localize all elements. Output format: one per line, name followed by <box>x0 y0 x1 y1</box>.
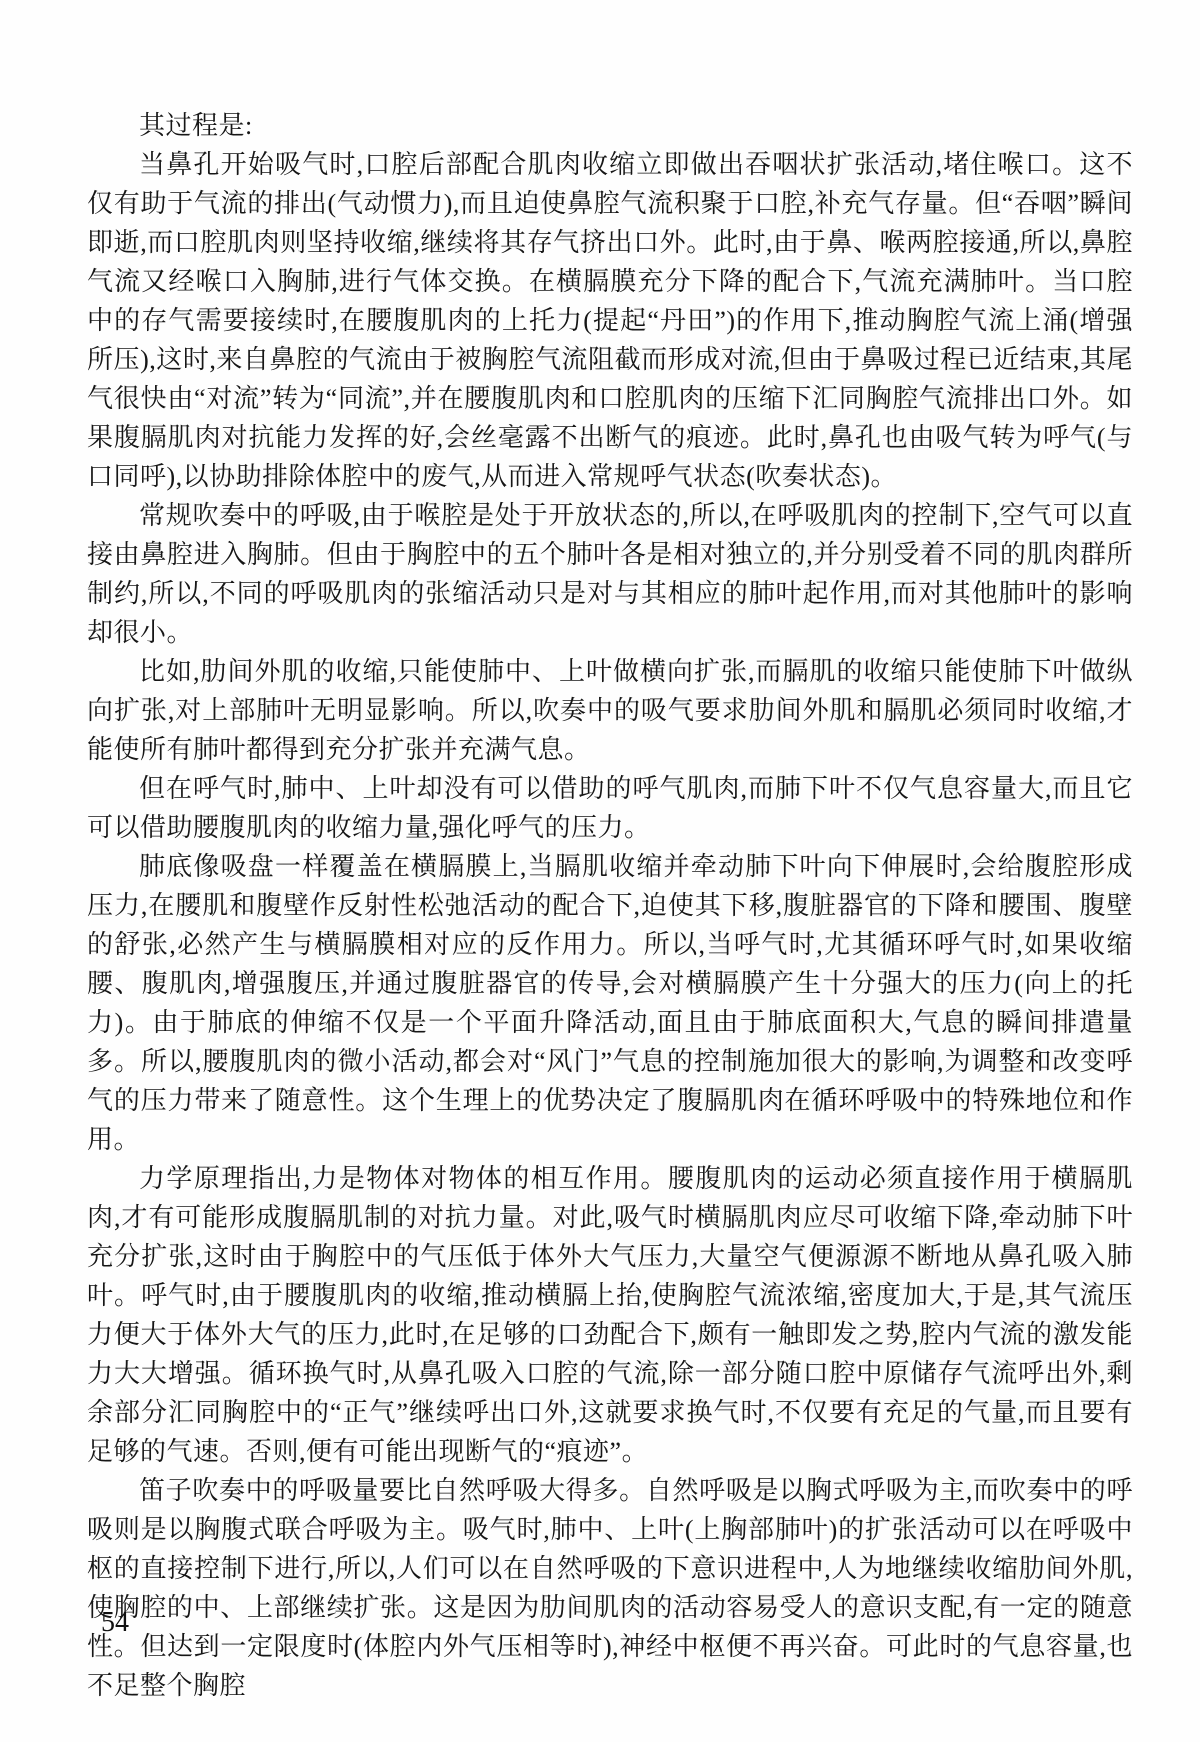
paragraph-intro: 其过程是: <box>87 106 1133 145</box>
paragraph-intercostal-example: 比如,肋间外肌的收缩,只能使肺中、上叶做横向扩张,而膈肌的收缩只能使肺下叶做纵向… <box>87 652 1133 769</box>
paragraph-swallow-process: 当鼻孔开始吸气时,口腔后部配合肌肉收缩立即做出吞咽状扩张活动,堵住喉口。这不仅有… <box>87 145 1133 496</box>
paragraph-exhale-lobes: 但在呼气时,肺中、上叶却没有可以借助的呼气肌肉,而肺下叶不仅气息容量大,而且它可… <box>87 769 1133 847</box>
scanned-book-page: 其过程是: 当鼻孔开始吸气时,口腔后部配合肌肉收缩立即做出吞咽状扩张活动,堵住喉… <box>0 0 1200 1742</box>
paragraph-normal-breathing: 常规吹奏中的呼吸,由于喉腔是处于开放状态的,所以,在呼吸肌肉的控制下,空气可以直… <box>87 496 1133 652</box>
paragraph-flute-breathing: 笛子吹奏中的呼吸量要比自然呼吸大得多。自然呼吸是以胸式呼吸为主,而吹奏中的呼吸则… <box>87 1471 1133 1705</box>
paragraph-mechanics-principle: 力学原理指出,力是物体对物体的相互作用。腰腹肌肉的运动必须直接作用于横膈肌肉,才… <box>87 1159 1133 1471</box>
paragraph-lung-base: 肺底像吸盘一样覆盖在横膈膜上,当膈肌收缩并牵动肺下叶向下伸展时,会给腹腔形成压力… <box>87 847 1133 1159</box>
page-number: 54 <box>101 1603 129 1643</box>
body-text: 其过程是: 当鼻孔开始吸气时,口腔后部配合肌肉收缩立即做出吞咽状扩张活动,堵住喉… <box>87 106 1133 1705</box>
